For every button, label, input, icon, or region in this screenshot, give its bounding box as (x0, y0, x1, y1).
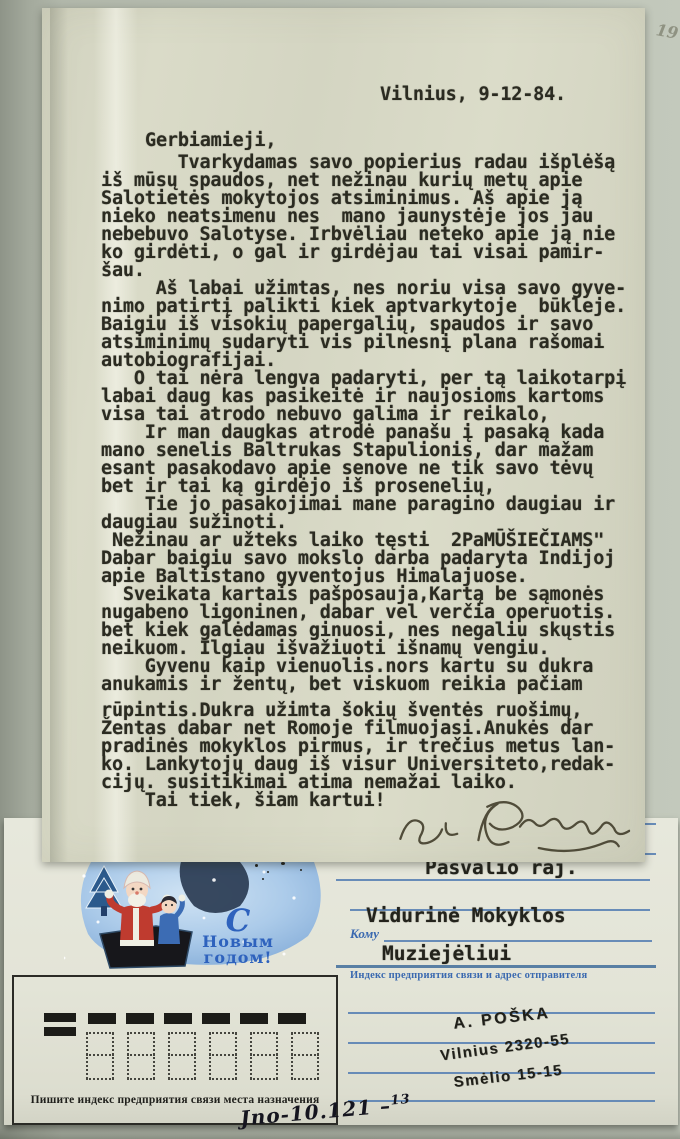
ink-speck (255, 864, 258, 867)
ink-speck (262, 878, 264, 880)
new-year-greeting: С Новым годом! (194, 908, 282, 966)
address-line-rule (336, 965, 656, 968)
index-bar (88, 1013, 116, 1024)
index-bar (240, 1013, 268, 1024)
new-year-envelope: С Новым годом! Pasvalio raj. Vidurinė Mo… (4, 818, 678, 1125)
letter-salutation: Gerbiamieji, (145, 132, 276, 150)
ink-speck (281, 862, 285, 865)
komu-label: Кому (350, 926, 379, 942)
greeting-word2: годом! (194, 950, 282, 966)
page-number-handwriting: 19 (655, 20, 680, 43)
index-bar (126, 1013, 154, 1024)
index-digit-cell (209, 1033, 237, 1079)
index-digit-cell (168, 1033, 196, 1079)
ink-speck (300, 869, 302, 871)
greeting-initial: С (194, 908, 282, 934)
letter-body: Tvarkydamas savo popierius radau išplėšą… (101, 154, 626, 810)
catalog-note-sup: 13 (390, 1092, 411, 1109)
index-digit-cell (86, 1033, 114, 1079)
letter-line: ko girdėti, o gal ir girdėjau tai visai … (101, 244, 626, 262)
paper-edge-shading (50, 8, 68, 862)
index-double-bar (44, 1013, 76, 1036)
typewritten-letter: Vilnius, 9-12-84. Gerbiamieji, Tvarkydam… (42, 8, 645, 862)
index-bar (278, 1013, 306, 1024)
index-digit-cell (127, 1033, 155, 1079)
sender-caption: Индекс предприятия связи и адрес отправи… (350, 970, 587, 981)
signature-handwriting (389, 787, 631, 867)
index-bar (202, 1013, 230, 1024)
address-museum: Muziejėliui (382, 944, 511, 964)
address-line-rule (336, 879, 650, 881)
index-digit-cell (291, 1033, 319, 1079)
address-school: Vidurinė Mokyklos (366, 906, 566, 926)
index-bar (164, 1013, 192, 1024)
index-digit-cell (250, 1033, 278, 1079)
letter-line: anukamis ir žentų, bet viskuom reikia pa… (101, 676, 626, 694)
letter-date: Vilnius, 9-12-84. (380, 86, 566, 104)
index-digit-templates (86, 1033, 319, 1079)
scanned-album-page: С Новым годом! Pasvalio raj. Vidurinė Mo… (0, 0, 680, 1139)
ink-speck (267, 871, 269, 873)
